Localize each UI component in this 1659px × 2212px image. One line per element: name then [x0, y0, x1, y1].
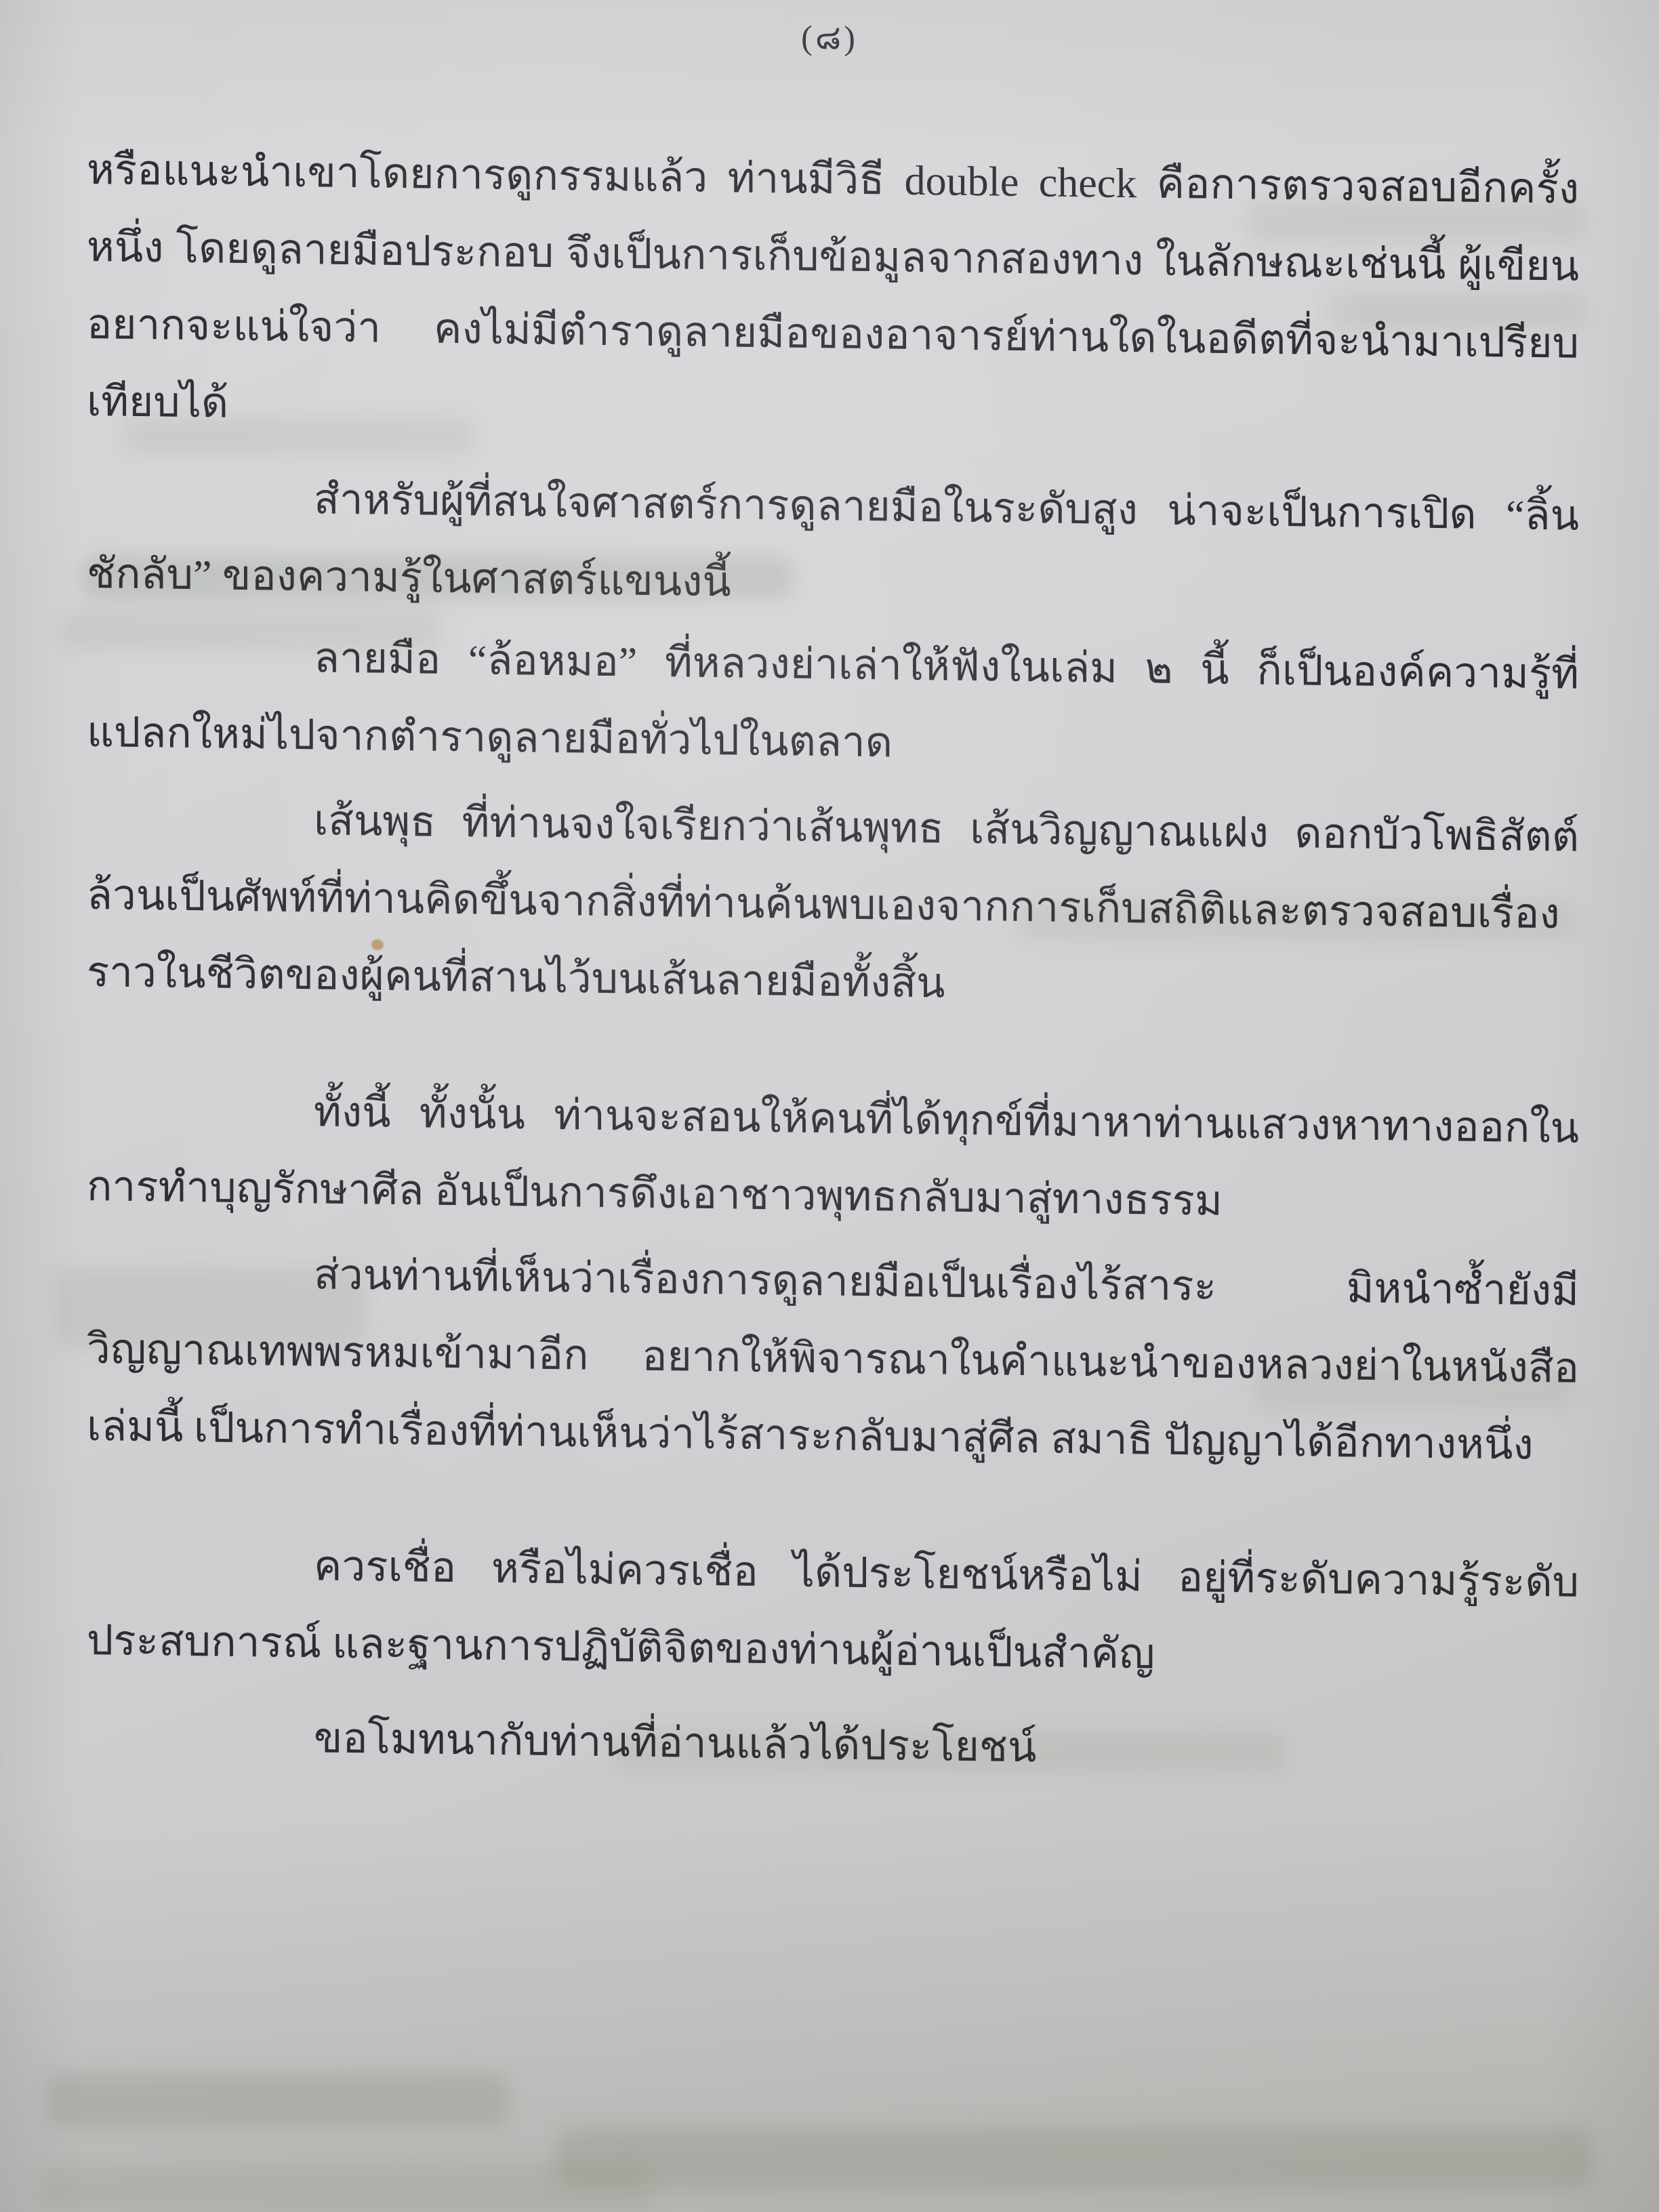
paragraph-4: เส้นพุธ ที่ท่านจงใจเรียกว่าเส้นพุทธ เส้น… [87, 779, 1579, 1031]
show-through-smudge [556, 2128, 1593, 2189]
paragraph-5: ทั้งนี้ ทั้งนั้น ท่านจะสอนให้คนที่ได้ทุก… [87, 1071, 1579, 1245]
show-through-smudge [47, 2074, 508, 2128]
paragraph-8: ขอโมทนากับท่านที่อ่านแล้วได้ประโยชน์ [87, 1697, 1579, 1794]
paragraph-2: สำหรับผู้ที่สนใจศาสตร์การดูลายมือในระดับ… [87, 458, 1579, 632]
paragraph-7: ควรเชื่อ หรือไม่ควรเชื่อ ได้ประโยชน์หรือ… [87, 1525, 1579, 1699]
page-content: (๘) หรือแนะนำเขาโดยการดูกรรมแล้ว ท่านมีว… [0, 0, 1659, 1795]
paragraph-6: ส่วนท่านที่เห็นว่าเรื่องการดูลายมือเป็นเ… [87, 1233, 1579, 1485]
paragraph-1: หรือแนะนำเขาโดยการดูกรรมแล้ว ท่านมีวิธี … [87, 131, 1579, 460]
page-number: (๘) [0, 0, 1659, 72]
show-through-smudge [41, 2162, 651, 2212]
body-text: หรือแนะนำเขาโดยการดูกรรมแล้ว ท่านมีวิธี … [87, 131, 1579, 1794]
paragraph-3: ลายมือ “ล้อหมอ” ที่หลวงย่าเล่าให้ฟังในเล… [87, 617, 1579, 791]
book-page-photo: { "colors": { "paper": "#d2d3d5", "ink":… [0, 0, 1659, 2212]
